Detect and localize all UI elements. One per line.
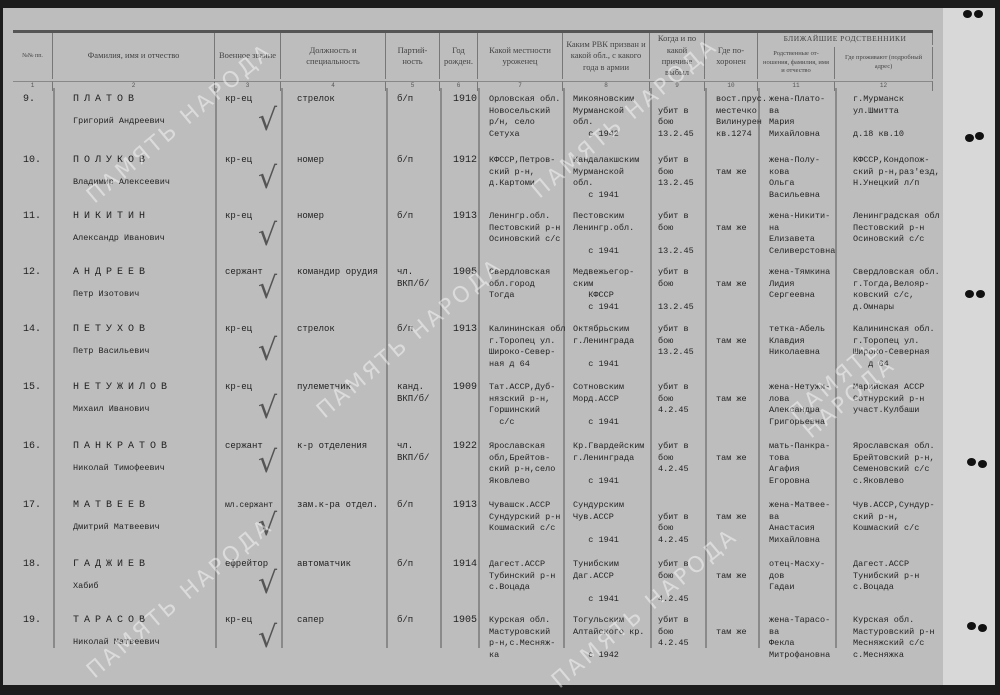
birthplace: Калининская обл г.Торопец ул. Широко-Сев… — [489, 324, 566, 370]
row-number: 19. — [23, 615, 41, 627]
punch-hole-icon — [978, 624, 987, 632]
birthplace: Орловская обл. Новосельский р/н, село Се… — [489, 94, 560, 140]
relative: жена-Полу- кова Ольга Васильевна — [769, 155, 820, 201]
relative-address: КФССР,Кондопож- ский р-н,раз'езд, Н.Унец… — [853, 155, 940, 190]
checkmark-icon: √ — [258, 103, 277, 138]
rvk: Сотновским Морд.АССР с 1941 — [573, 382, 624, 428]
when-left: убит в бою 13.2.45 — [658, 324, 694, 359]
relative-address: Свердловская обл. г.Тогда,Велояр- ковски… — [853, 267, 940, 313]
when-left: убит в бою 13.2.45 — [658, 267, 694, 313]
birth-year: 1914 — [453, 559, 477, 571]
surname: МАТВЕЕВ — [73, 500, 150, 512]
when-left: убит в бою 4.2.45 — [658, 441, 689, 476]
checkmark-icon: √ — [258, 445, 277, 480]
given-name: Дмитрий Матвеевич — [73, 522, 160, 534]
row-number: 12. — [23, 267, 41, 279]
col-num-5: 5 — [386, 81, 440, 91]
punch-hole-icon — [965, 134, 974, 142]
punch-hole-icon — [967, 622, 976, 630]
burial-place: там же — [716, 441, 747, 464]
rank: кр-ец — [225, 324, 252, 336]
col-num-4: 4 — [281, 81, 386, 91]
relative: жена-Никити- на Елизавета Селиверстовна — [769, 211, 835, 257]
given-name: Григорий Андреевич — [73, 116, 165, 128]
table-header: №№ пп. Фамилия, имя и отчество Военное з… — [13, 30, 933, 91]
birth-year: 1913 — [453, 211, 477, 223]
given-name: Михаил Иванович — [73, 404, 150, 416]
burial-place: там же — [716, 155, 747, 178]
header-relatives-group: БЛИЖАЙШИЕ РОДСТВЕННИКИ — [758, 33, 933, 45]
checkmark-icon: √ — [258, 566, 277, 601]
burial-place: там же — [716, 500, 747, 523]
birth-year: 1910 — [453, 94, 477, 106]
party: канд. ВКП/б/ — [397, 382, 429, 405]
col-num-12: 12 — [835, 81, 933, 91]
birthplace: Ленингр.обл. Пестовский р-н Осиновский с… — [489, 211, 560, 246]
rvk: Кр.Гвардейским г.Ленинграда с 1941 — [573, 441, 644, 487]
punch-hole-icon — [967, 458, 976, 466]
relative-address: Дагест.АССР Тунибский р-н с.Воцада — [853, 559, 919, 594]
rvk: Пестовским Ленингр.обл. с 1941 — [573, 211, 634, 257]
burial-place: там же — [716, 382, 747, 405]
position: номер — [297, 211, 324, 223]
punch-hole-icon — [976, 290, 985, 298]
relative: жена-Плато- ва Мария Михайловна — [769, 94, 825, 140]
watermark: ПАМЯТЬ НАРОДА — [548, 525, 742, 693]
party: б/п — [397, 500, 413, 512]
surname: ПЕТУХОВ — [73, 324, 150, 336]
punch-hole-icon — [974, 10, 983, 18]
position: зам.к-ра отдел. — [297, 500, 378, 512]
col-num-1: 1 — [13, 81, 53, 91]
birth-year: 1912 — [453, 155, 477, 167]
when-left: убит в бою 4.2.45 — [658, 500, 689, 546]
surname: НЕТУЖИЛОВ — [73, 382, 172, 394]
birthplace: Ярославская обл,Брейтов- ский р-н,село Я… — [489, 441, 555, 487]
row-number: 14. — [23, 324, 41, 336]
position: автоматчик — [297, 559, 351, 571]
surname: НИКИТИН — [73, 211, 150, 223]
position: к-р отделения — [297, 441, 367, 453]
surname: АНДРЕЕВ — [73, 267, 150, 279]
checkmark-icon: √ — [258, 620, 277, 655]
col-num-11: 11 — [758, 81, 835, 91]
rvk: Октябрьским г.Ленинграда с 1941 — [573, 324, 634, 370]
birth-year: 1913 — [453, 500, 477, 512]
party: чл. ВКП/б/ — [397, 267, 429, 290]
given-name: Петр Изотович — [73, 289, 139, 301]
birth-year: 1905 — [453, 615, 477, 627]
binding-strip — [943, 8, 995, 685]
relative-address: Ленинградская обл Пестовский р-н Осиновс… — [853, 211, 940, 246]
burial-place: там же — [716, 267, 747, 290]
rank: кр-ец — [225, 382, 252, 394]
birth-year: 1913 — [453, 324, 477, 336]
burial-place: там же — [716, 324, 747, 347]
birthplace: Чувашск.АССР Сундурский р-н Кошмаский с/… — [489, 500, 560, 535]
relative-address: Чув.АССР,Сундур- ский р-н, Кошмаский с/с — [853, 500, 935, 535]
col-num-7: 7 — [478, 81, 563, 91]
party: б/п — [397, 211, 413, 223]
col-num-10: 10 — [705, 81, 758, 91]
row-number: 11. — [23, 211, 41, 223]
rvk: Сундурским Чув.АССР с 1941 — [573, 500, 624, 546]
party: б/п — [397, 155, 413, 167]
position: номер — [297, 155, 324, 167]
surname: ГАДЖИЕВ — [73, 559, 150, 571]
party: б/п — [397, 94, 413, 106]
header-col-12: Где проживают (подробный адрес) — [835, 47, 933, 79]
relative-address: Курская обл. Мастуровский р-н Месняжский… — [853, 615, 935, 661]
birth-year: 1922 — [453, 441, 477, 453]
header-col-8: Каким РВК призван и какой обл., с какого… — [563, 33, 650, 79]
relative-address: г.Мурманск ул.Шмитта д.18 кв.10 — [853, 94, 904, 140]
rank: кр-ец — [225, 615, 252, 627]
relative: жена-Матвее- ва Анастасия Михайловна — [769, 500, 830, 546]
when-left: убит в бою 13.2.45 — [658, 211, 694, 257]
col-num-8: 8 — [563, 81, 650, 91]
punch-hole-icon — [963, 10, 972, 18]
rank: кр-ец — [225, 211, 252, 223]
when-left: убит в бою 4.2.45 — [658, 382, 689, 417]
row-number: 9. — [23, 94, 35, 106]
burial-place: там же — [716, 211, 747, 234]
checkmark-icon: √ — [258, 391, 277, 426]
punch-hole-icon — [965, 290, 974, 298]
row-number: 17. — [23, 500, 41, 512]
document-sheet: №№ пп. Фамилия, имя и отчество Военное з… — [3, 8, 943, 685]
header-col-1: №№ пп. — [13, 33, 53, 79]
given-name: Александр Иванович — [73, 233, 165, 245]
row-number: 16. — [23, 441, 41, 453]
checkmark-icon: √ — [258, 333, 277, 368]
rvk: Тунибским Даг.АССР с 1941 — [573, 559, 619, 605]
position: стрелок — [297, 94, 335, 106]
surname: ПАНКРАТОВ — [73, 441, 172, 453]
row-number: 10. — [23, 155, 41, 167]
given-name: Петр Васильевич — [73, 346, 150, 358]
punch-hole-icon — [978, 460, 987, 468]
burial-place: там же — [716, 615, 747, 638]
header-col-4: Должность и специальность — [281, 33, 386, 79]
party: б/п — [397, 615, 413, 627]
header-col-11: Родственные от-ношения, фамилия, имя и о… — [758, 47, 835, 79]
birth-year: 1909 — [453, 382, 477, 394]
checkmark-icon: √ — [258, 161, 277, 196]
checkmark-icon: √ — [258, 218, 277, 253]
punch-hole-icon — [975, 132, 984, 140]
col-num-6: 6 — [440, 81, 478, 91]
rank: кр-ец — [225, 155, 252, 167]
burial-place: там же — [716, 559, 747, 582]
position: командир орудия — [297, 267, 378, 279]
relative: тетка-Абель Клавдия Николаевна — [769, 324, 825, 359]
birthplace: Курская обл. Мастуровский р-н,с.Месняж- … — [489, 615, 555, 661]
given-name: Хабиб — [73, 581, 99, 593]
party: б/п — [397, 559, 413, 571]
birthplace: Тат.АССР,Дуб- нязский р-н, Горшинский с/… — [489, 382, 555, 428]
row-number: 15. — [23, 382, 41, 394]
position: сапер — [297, 615, 324, 627]
watermark: ПАМЯТЬ НАРОДА — [83, 515, 277, 683]
position: стрелок — [297, 324, 335, 336]
relative: отец-Масху- дов Гадаи — [769, 559, 825, 594]
header-col-2: Фамилия, имя и отчество — [53, 33, 215, 79]
party: чл. ВКП/б/ — [397, 441, 429, 464]
surname: ПЛАТОВ — [73, 94, 139, 106]
header-col-6: Год рожден. — [440, 33, 478, 79]
header-col-5: Партий-ность — [386, 33, 440, 79]
rvk: Медвежьегор- ским КФССР с 1941 — [573, 267, 634, 313]
row-number: 18. — [23, 559, 41, 571]
given-name: Николай Тимофеевич — [73, 463, 165, 475]
checkmark-icon: √ — [258, 271, 277, 306]
header-col-7: Какой местности уроженец — [478, 33, 563, 79]
when-left: убит в бою 13.2.45 — [658, 155, 694, 190]
burial-place: вост.прус. местечко Вилинурен кв.1274 — [716, 94, 767, 140]
when-left: убит в бою 4.2.45 — [658, 615, 689, 650]
relative-address: Ярославская обл. Брейтовский р-н, Семено… — [853, 441, 935, 487]
birthplace: Дагест.АССР Тубинский р-н с.Воцада — [489, 559, 555, 594]
relative: жена-Тямкина Лидия Сергеевна — [769, 267, 830, 302]
relative: жена-Тарасо- ва Фекла Митрофановна — [769, 615, 830, 661]
col-num-2: 2 — [53, 81, 215, 91]
